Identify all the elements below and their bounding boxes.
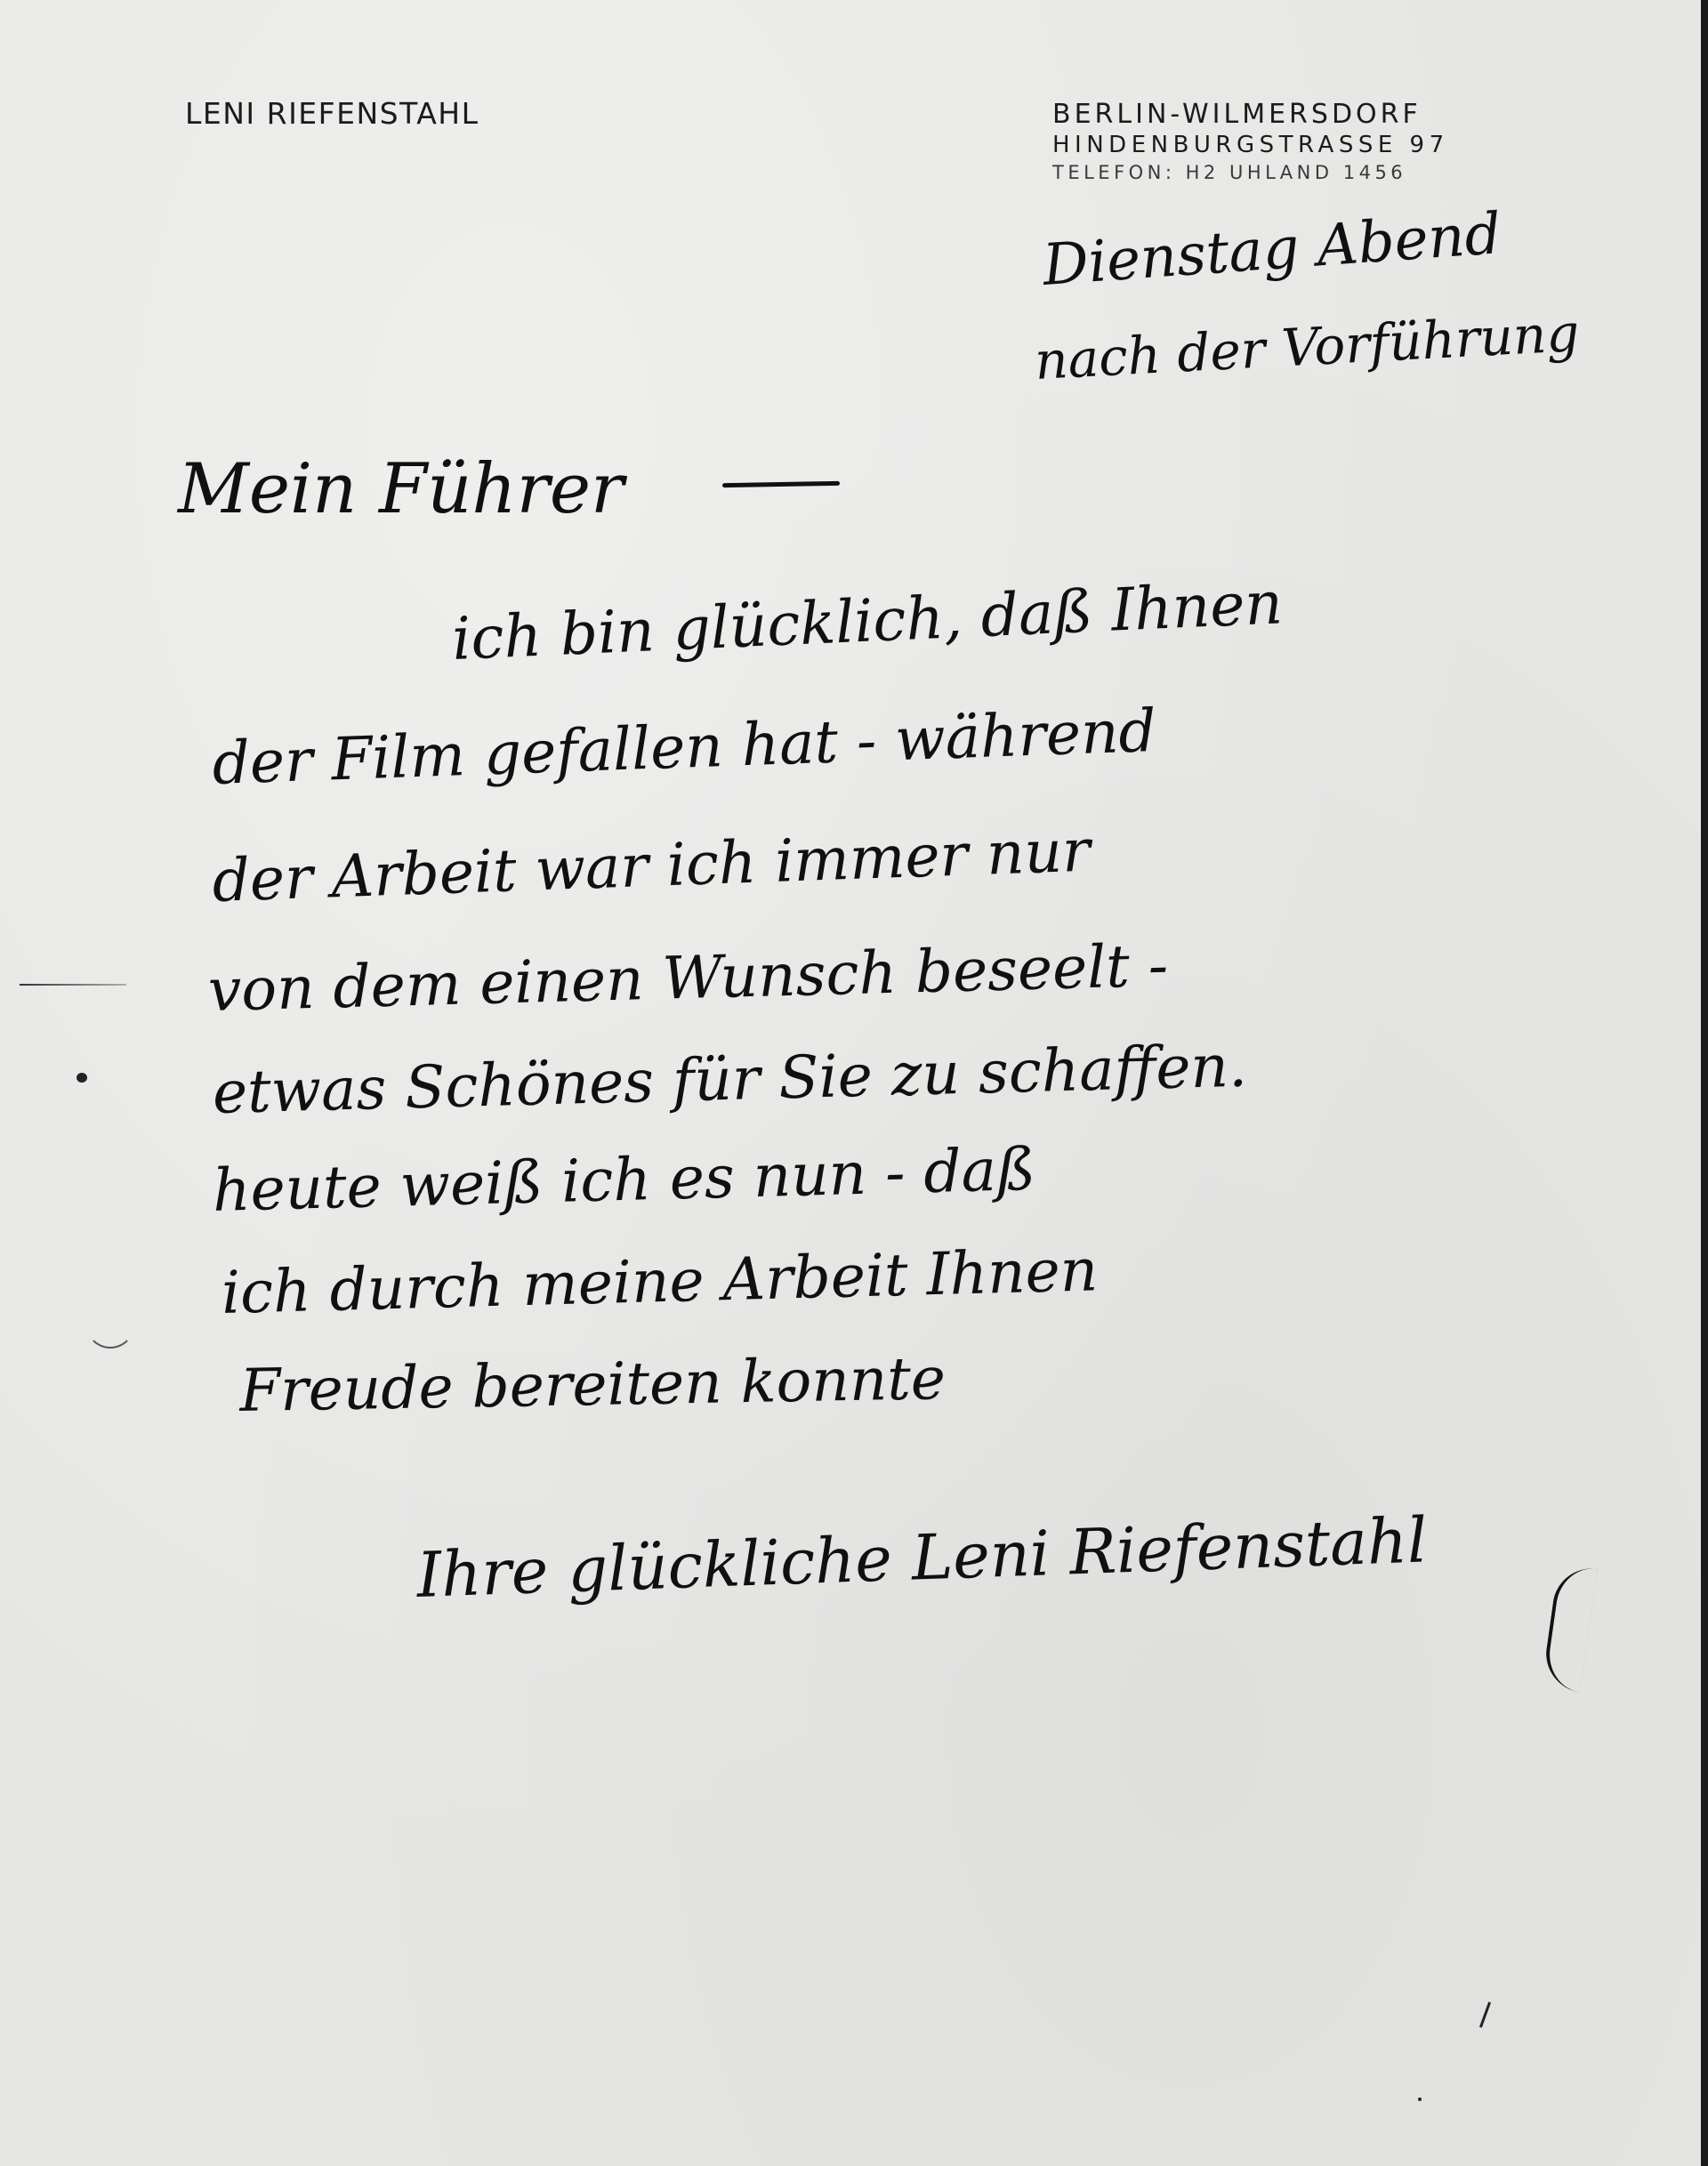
stray-ink-stroke xyxy=(1479,2001,1491,2027)
letterhead-name: LENI RIEFENSTAHL xyxy=(185,96,479,131)
address-city: BERLIN-WILMERSDORF xyxy=(1052,101,1449,128)
letterhead-address: BERLIN-WILMERSDORF HINDENBURGSTRASSE 97 … xyxy=(1052,101,1449,182)
margin-faint-curl xyxy=(85,1317,135,1349)
body-line-2: der Film gefallen hat - während xyxy=(211,697,1157,798)
handwritten-closing-signature: Ihre glückliche Leni Riefenstahl xyxy=(415,1503,1429,1612)
body-line-5: etwas Schönes für Sie zu schaffen. xyxy=(212,1032,1248,1127)
body-line-1: ich bin glücklich, daß Ihnen xyxy=(451,568,1285,673)
margin-ink-dot xyxy=(77,1073,87,1083)
stray-ink-dot xyxy=(1418,2098,1422,2101)
body-line-6: heute weiß ich es nun - daß xyxy=(212,1135,1036,1225)
body-line-7: ich durch meine Arbeit Ihnen xyxy=(221,1236,1099,1327)
handwritten-salutation: Mein Führer xyxy=(178,449,624,529)
handwritten-date-line-1: Dienstag Abend xyxy=(1041,201,1503,299)
body-line-4: von dem einen Wunsch beseelt - xyxy=(207,931,1169,1025)
address-telephone: TELEFON: H2 UHLAND 1456 xyxy=(1052,164,1449,182)
signature-flourish xyxy=(1541,1564,1597,1693)
letter-sheet: LENI RIEFENSTAHL BERLIN-WILMERSDORF HIND… xyxy=(0,0,1701,2166)
salutation-dash xyxy=(722,481,840,487)
body-line-8: Freude bereiten konnte xyxy=(239,1344,947,1425)
scan-edge xyxy=(1701,0,1708,2166)
margin-dash-mark xyxy=(20,984,126,986)
body-line-3: der Arbeit war ich immer nur xyxy=(211,817,1091,915)
address-street: HINDENBURGSTRASSE 97 xyxy=(1052,133,1449,157)
handwritten-date-line-2: nach der Vorführung xyxy=(1033,302,1581,391)
